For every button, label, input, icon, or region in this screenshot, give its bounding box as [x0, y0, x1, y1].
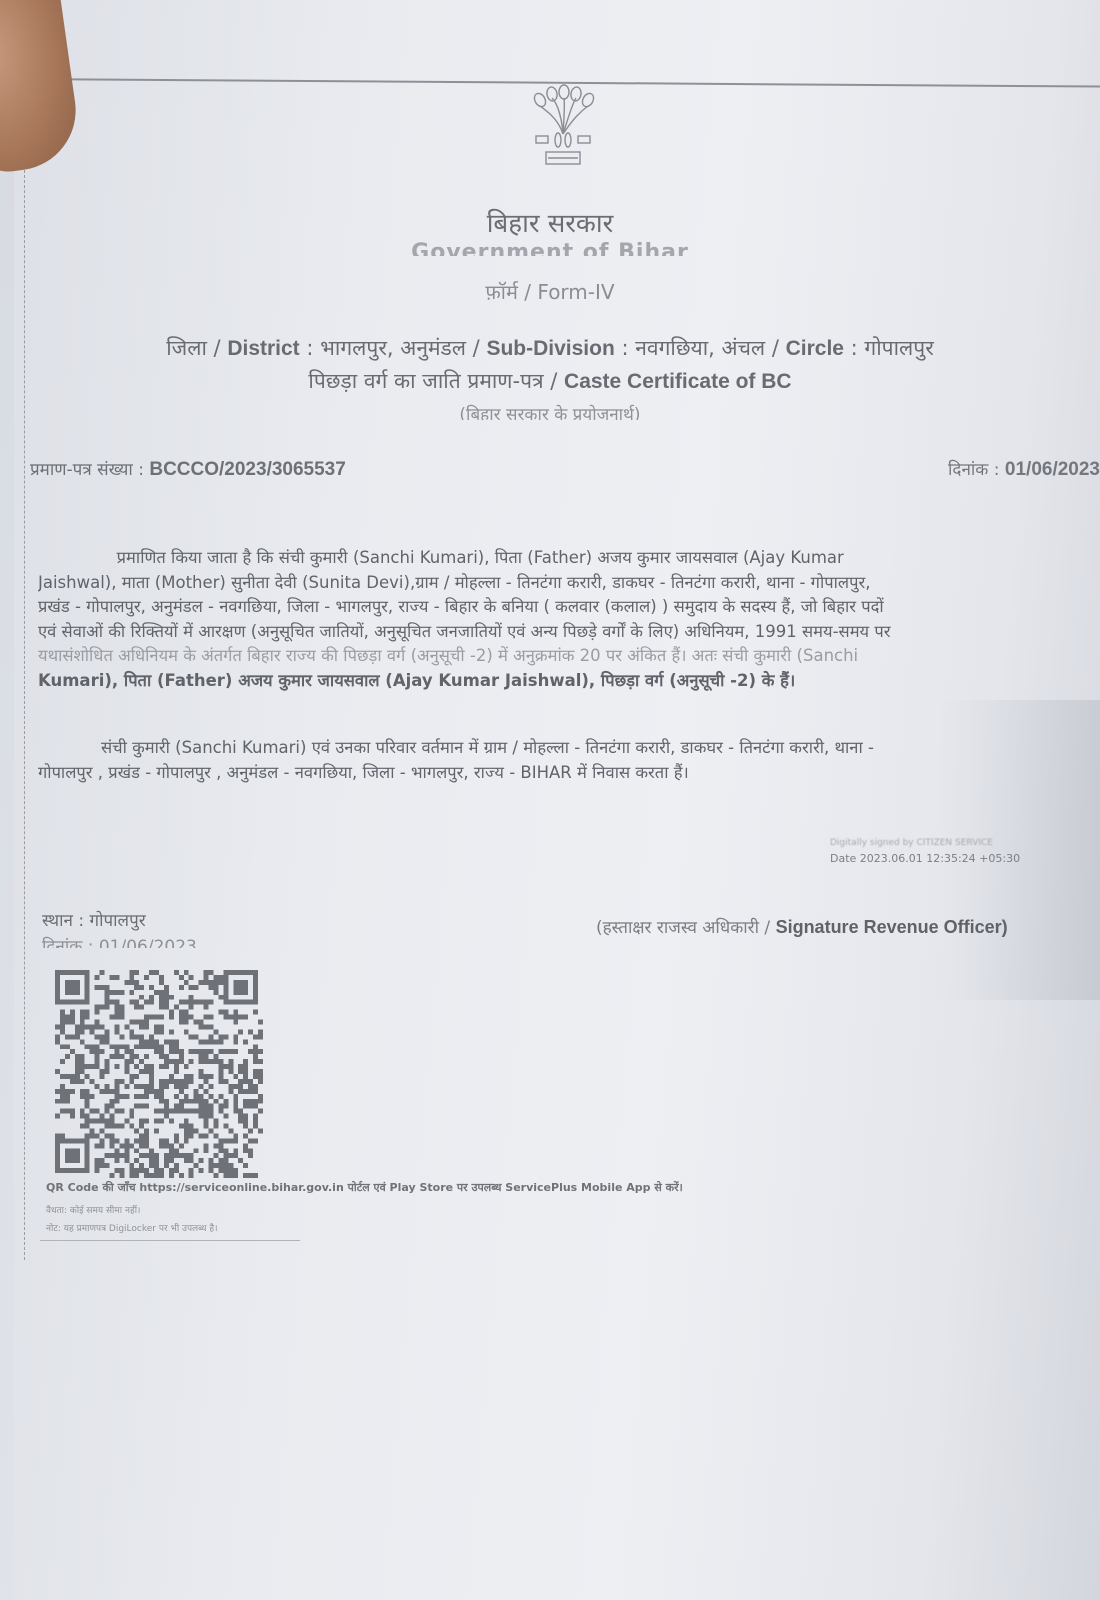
government-title-english: Government of Bihar	[0, 240, 1100, 256]
qr-verification-note: QR Code की जाँच https://serviceonline.bi…	[46, 1180, 683, 1195]
subdivision-value: : नवगछिया,	[621, 336, 714, 360]
signature-revenue-officer: (हस्ताक्षर राजस्व अधिकारी / Signature Re…	[596, 915, 1008, 938]
certificate-date: दिनांक : 01/06/2023	[948, 457, 1100, 481]
digilocker-note: नोट: यह प्रमाणपत्र DigiLocker पर भी उपलब…	[46, 1221, 218, 1234]
certificate-date-label: दिनांक :	[948, 460, 999, 480]
validity-note: वैधता: कोई समय सीमा नहीं।	[46, 1203, 140, 1216]
place-date: दिनांक : 01/06/2023	[42, 934, 197, 948]
certificate-number-value: BCCCO/2023/3065537	[149, 459, 345, 480]
certificate-title-en: Caste Certificate of BC	[564, 370, 792, 393]
certificate-title-hi: पिछड़ा वर्ग का जाति प्रमाण-पत्र /	[308, 369, 557, 393]
digital-signature-text: Digitally signed by CITIZEN SERVICE	[830, 838, 993, 848]
paragraph-line: Kumari), पिता (Father) अजय कुमार जायसवाल…	[38, 669, 1100, 694]
government-title-hindi: बिहार सरकार	[0, 204, 1100, 240]
circle-label-hi: अंचल /	[722, 336, 779, 360]
footer-divider	[40, 1240, 300, 1241]
paragraph-line: गोपालपुर , प्रखंड - गोपालपुर , अनुमंडल -…	[38, 761, 1100, 786]
certification-paragraph: प्रमाणित किया जाता है कि संची कुमारी (Sa…	[38, 546, 1100, 693]
circle-value: : गोपालपुर	[851, 336, 934, 360]
paragraph-line: प्रमाणित किया जाता है कि संची कुमारी (Sa…	[38, 546, 1100, 571]
paragraph-line: संची कुमारी (Sanchi Kumari) एवं उनका परि…	[38, 736, 1100, 761]
paragraph-line: यथासंशोधित अधिनियम के अंतर्गत बिहार राज्…	[38, 644, 1100, 669]
district-value: : भागलपुर,	[306, 336, 393, 360]
bihar-emblem-icon	[518, 84, 608, 174]
paragraph-line: Jaishwal), माता (Mother) सुनीता देवी (Su…	[38, 571, 1100, 596]
digital-signature-date: Date 2023.06.01 12:35:24 +05:30	[830, 852, 1020, 865]
qr-code-icon[interactable]	[52, 970, 266, 1178]
paragraph-line: प्रखंड - गोपालपुर, अनुमंडल - नवगछिया, जि…	[38, 595, 1100, 620]
certificate-number: प्रमाण-पत्र संख्या : BCCCO/2023/3065537	[30, 457, 346, 481]
certificate-purpose-note: (बिहार सरकार के प्रयोजनार्थ)	[0, 402, 1100, 420]
district-label-hi: जिला /	[166, 336, 220, 360]
certificate-date-value: 01/06/2023	[1005, 459, 1100, 480]
officer-label-en: Signature Revenue Officer)	[776, 917, 1008, 937]
district-label-en: District	[227, 337, 299, 360]
officer-label-hi: (हस्ताक्षर राजस्व अधिकारी /	[596, 918, 770, 938]
left-border-line	[24, 150, 26, 1260]
residence-paragraph: संची कुमारी (Sanchi Kumari) एवं उनका परि…	[38, 736, 1100, 785]
subdivision-label-en: Sub-Division	[486, 337, 614, 360]
circle-label-en: Circle	[786, 337, 844, 360]
subdivision-label-hi: अनुमंडल /	[400, 336, 479, 360]
paragraph-line: एवं सेवाओं की रिक्तियों में आरक्षण (अनुस…	[38, 620, 1100, 645]
location-line: जिला / District : भागलपुर, अनुमंडल / Sub…	[0, 334, 1100, 362]
place-label: स्थान : गोपालपुर	[42, 908, 146, 931]
certificate-title: पिछड़ा वर्ग का जाति प्रमाण-पत्र / Caste …	[0, 367, 1100, 395]
form-number: फ़ॉर्म / Form-IV	[0, 278, 1100, 305]
certificate-number-label: प्रमाण-पत्र संख्या :	[30, 460, 144, 480]
